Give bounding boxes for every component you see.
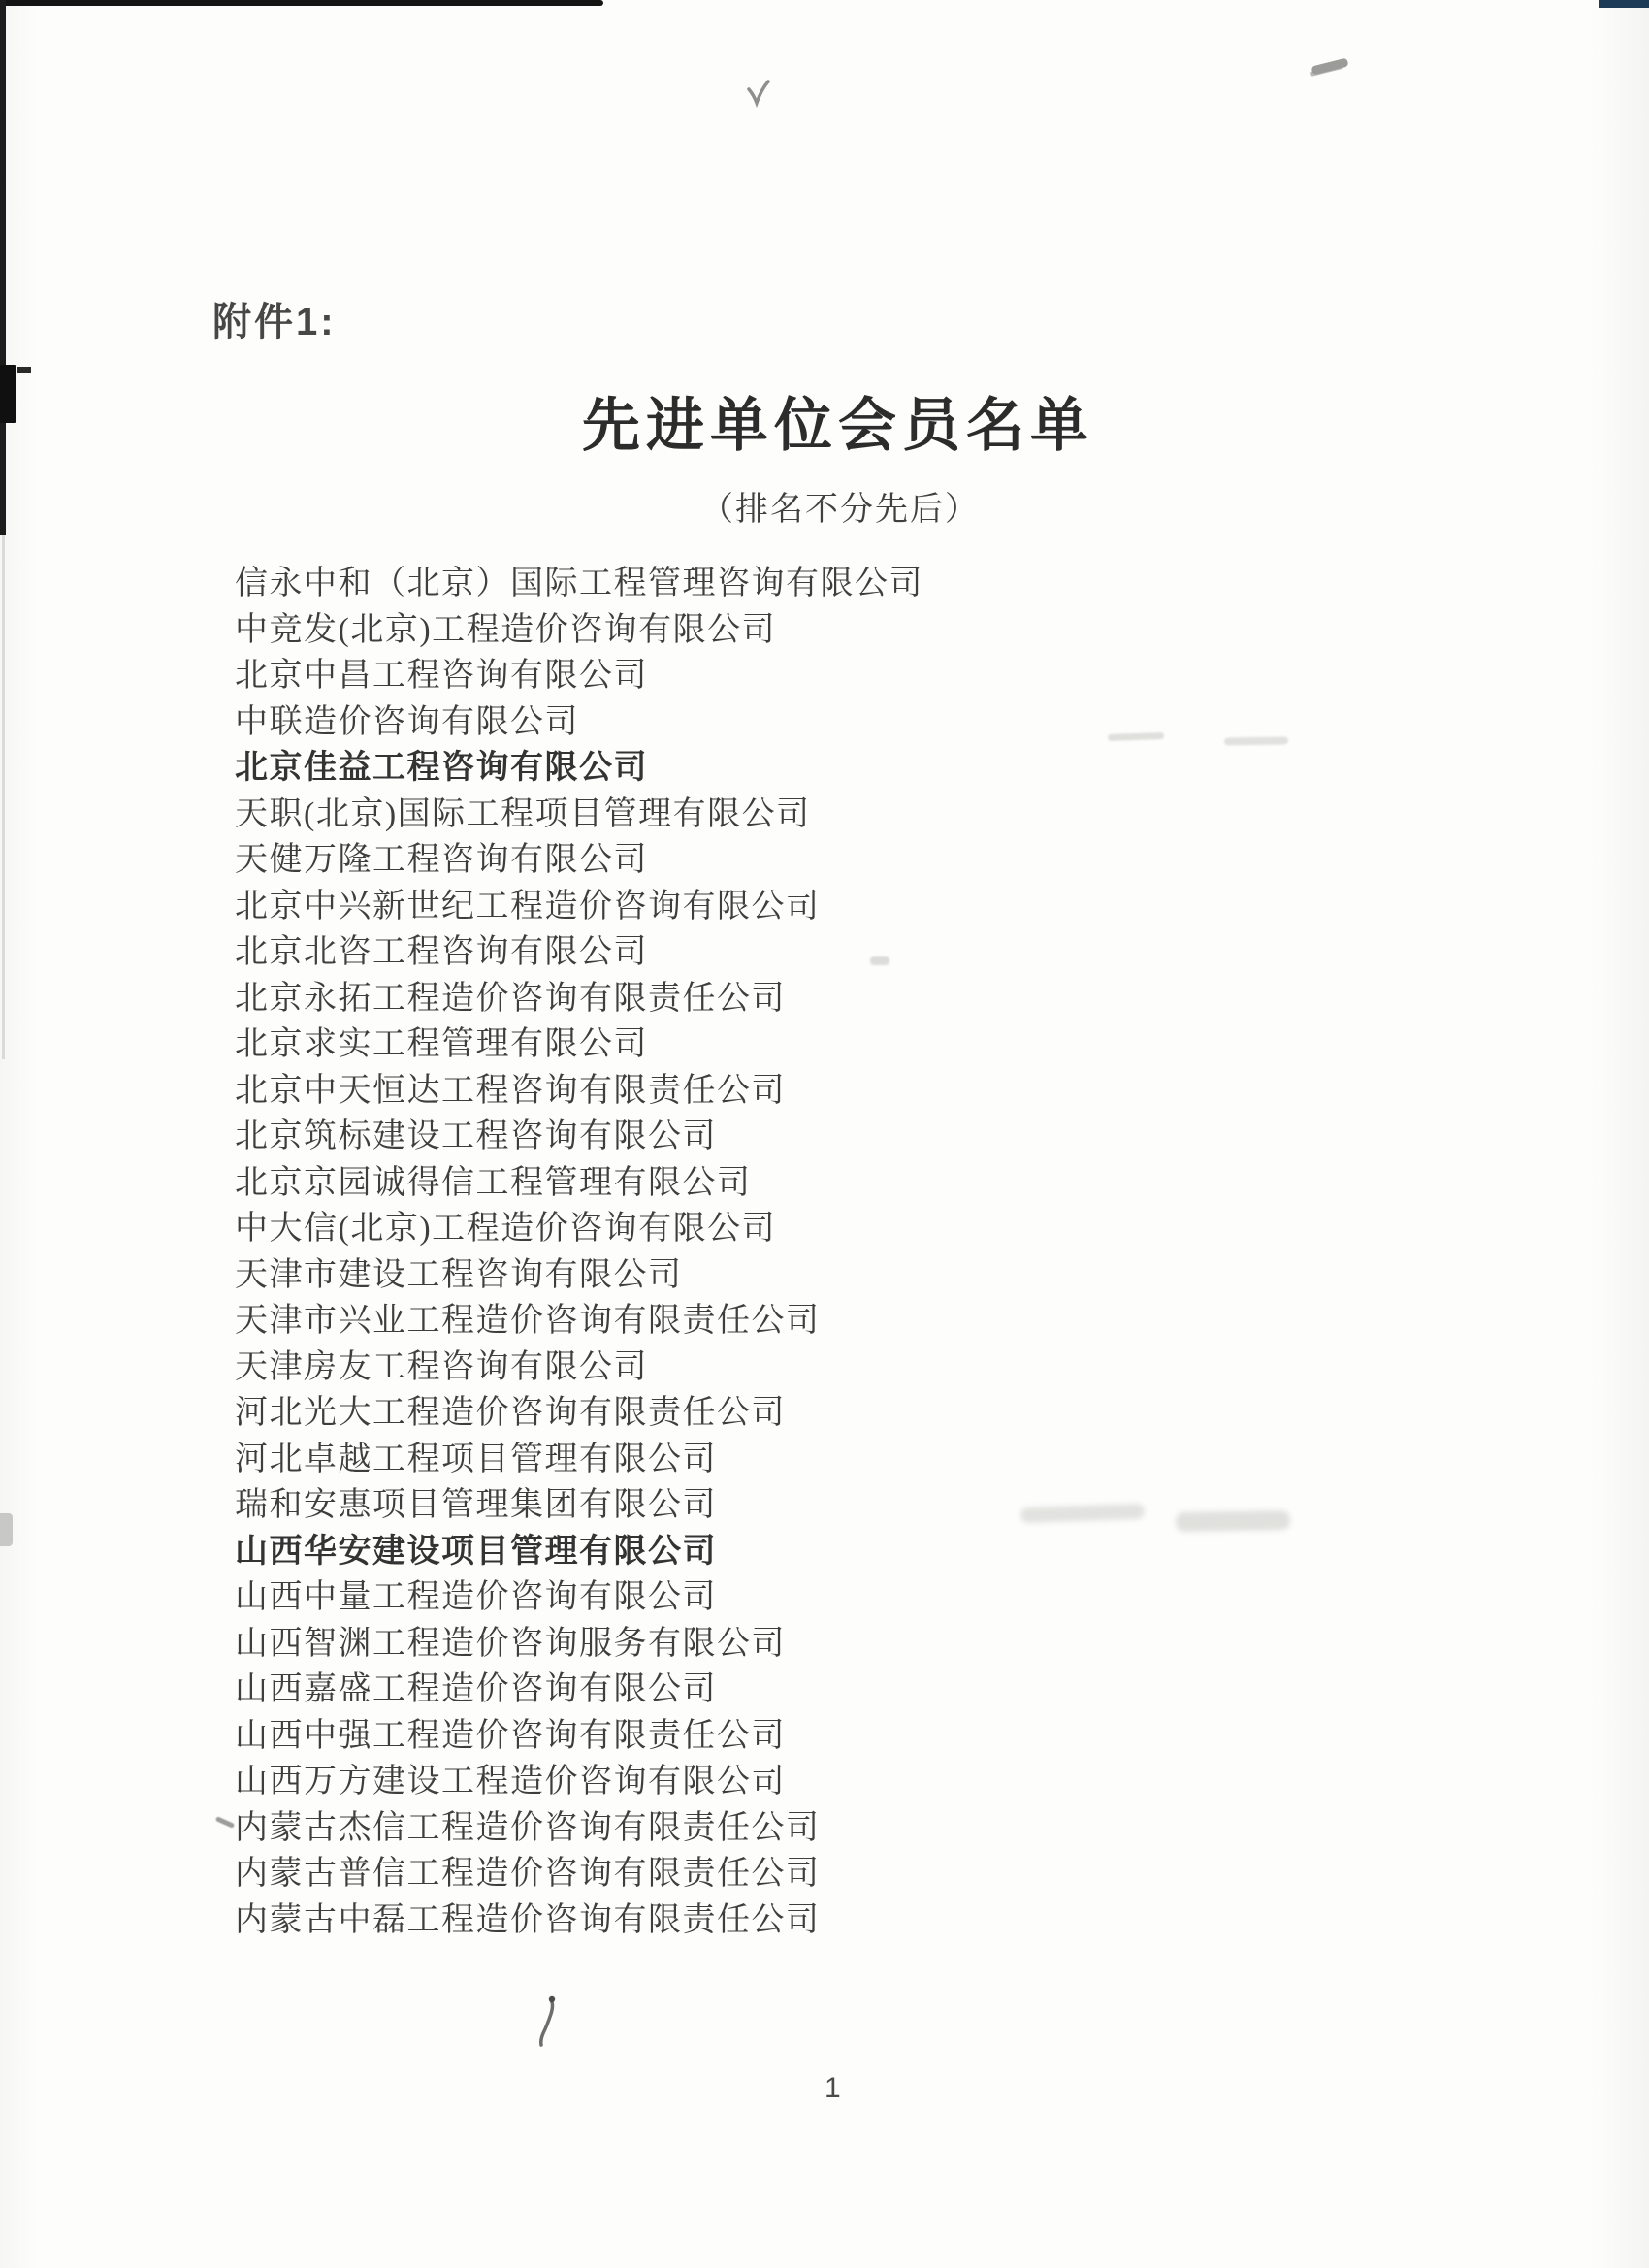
scan-artifact-top-right-corner [1599,0,1649,8]
member-company-row: 天津房友工程咨询有限公司 [235,1345,923,1391]
ghost-text-smear [1020,1504,1145,1523]
member-company-row: 信永中和（北京）国际工程管理咨询有限公司 [235,561,923,607]
scanned-document-page: 附件1: 先进单位会员名单 （排名不分先后） 信永中和（北京）国际工程管理咨询有… [0,0,1649,2268]
member-company-row: 天津市建设工程咨询有限公司 [235,1252,923,1299]
member-company-row: 北京北咨工程咨询有限公司 [235,929,923,976]
smudge-speck [1108,732,1164,741]
member-company-row: 天职(北京)国际工程项目管理有限公司 [235,792,923,838]
ghost-text-smear [1176,1510,1290,1532]
member-company-row: 天健万隆工程咨询有限公司 [235,837,923,884]
member-company-row: 河北卓越工程项目管理有限公司 [235,1437,923,1483]
member-company-row: 内蒙古普信工程造价咨询有限责任公司 [235,1851,923,1897]
pencil-tick-mark [215,1816,235,1829]
page-number: 1 [824,2072,841,2105]
member-company-row: 中联造价咨询有限公司 [235,699,923,746]
smudge-speck [1224,736,1288,745]
scan-artifact-left-blob [0,365,16,423]
member-company-row: 山西智渊工程造价咨询服务有限公司 [235,1621,923,1668]
member-company-row: 北京中天恒达工程咨询有限责任公司 [235,1068,923,1115]
member-company-row: 中大信(北京)工程造价咨询有限公司 [235,1206,923,1252]
member-company-row: 山西嘉盛工程造价咨询有限公司 [235,1667,923,1713]
member-company-row: 内蒙古杰信工程造价咨询有限责任公司 [235,1805,923,1852]
member-company-row: 山西中强工程造价咨询有限责任公司 [235,1713,923,1760]
scan-artifact-left-edge [0,0,6,535]
member-company-row: 北京永拓工程造价咨询有限责任公司 [235,976,923,1022]
member-company-row: 山西中量工程造价咨询有限公司 [235,1574,923,1621]
member-company-row: 北京京园诚得信工程管理有限公司 [235,1160,923,1207]
member-company-row: 北京求实工程管理有限公司 [235,1021,923,1068]
member-company-row: 北京筑标建设工程咨询有限公司 [235,1114,923,1160]
member-company-row: 山西万方建设工程造价咨询有限公司 [235,1759,923,1805]
member-company-row: 天津市兴业工程造价咨询有限责任公司 [235,1298,923,1345]
handwritten-check-mark [743,80,772,113]
member-company-row: 瑞和安惠项目管理集团有限公司 [235,1482,923,1529]
member-company-row: 山西华安建设项目管理有限公司 [235,1529,923,1575]
member-company-row: 北京中昌工程咨询有限公司 [235,653,923,699]
member-company-row: 河北光大工程造价咨询有限责任公司 [235,1390,923,1437]
member-company-row: 北京佳益工程咨询有限公司 [235,745,923,792]
member-company-row: 北京中兴新世纪工程造价咨询有限公司 [235,884,923,930]
member-company-row: 内蒙古中磊工程造价咨询有限责任公司 [235,1897,923,1944]
pen-stroke-mark [530,1993,563,2053]
attachment-label: 附件1: [212,291,337,346]
member-company-list: 信永中和（北京）国际工程管理咨询有限公司中竞发(北京)工程造价咨询有限公司北京中… [235,561,923,1943]
member-company-row: 中竞发(北京)工程造价咨询有限公司 [235,607,923,654]
scan-artifact-left-spot [0,1513,13,1546]
scan-artifact-left-tick [17,367,31,373]
page-subtitle: （排名不分先后） [700,482,980,530]
page-title: 先进单位会员名单 [582,379,1094,463]
scan-artifact-left-faint-line [2,535,5,1059]
smudge-dash-mark [1310,58,1348,76]
scan-artifact-top-edge [0,0,603,6]
